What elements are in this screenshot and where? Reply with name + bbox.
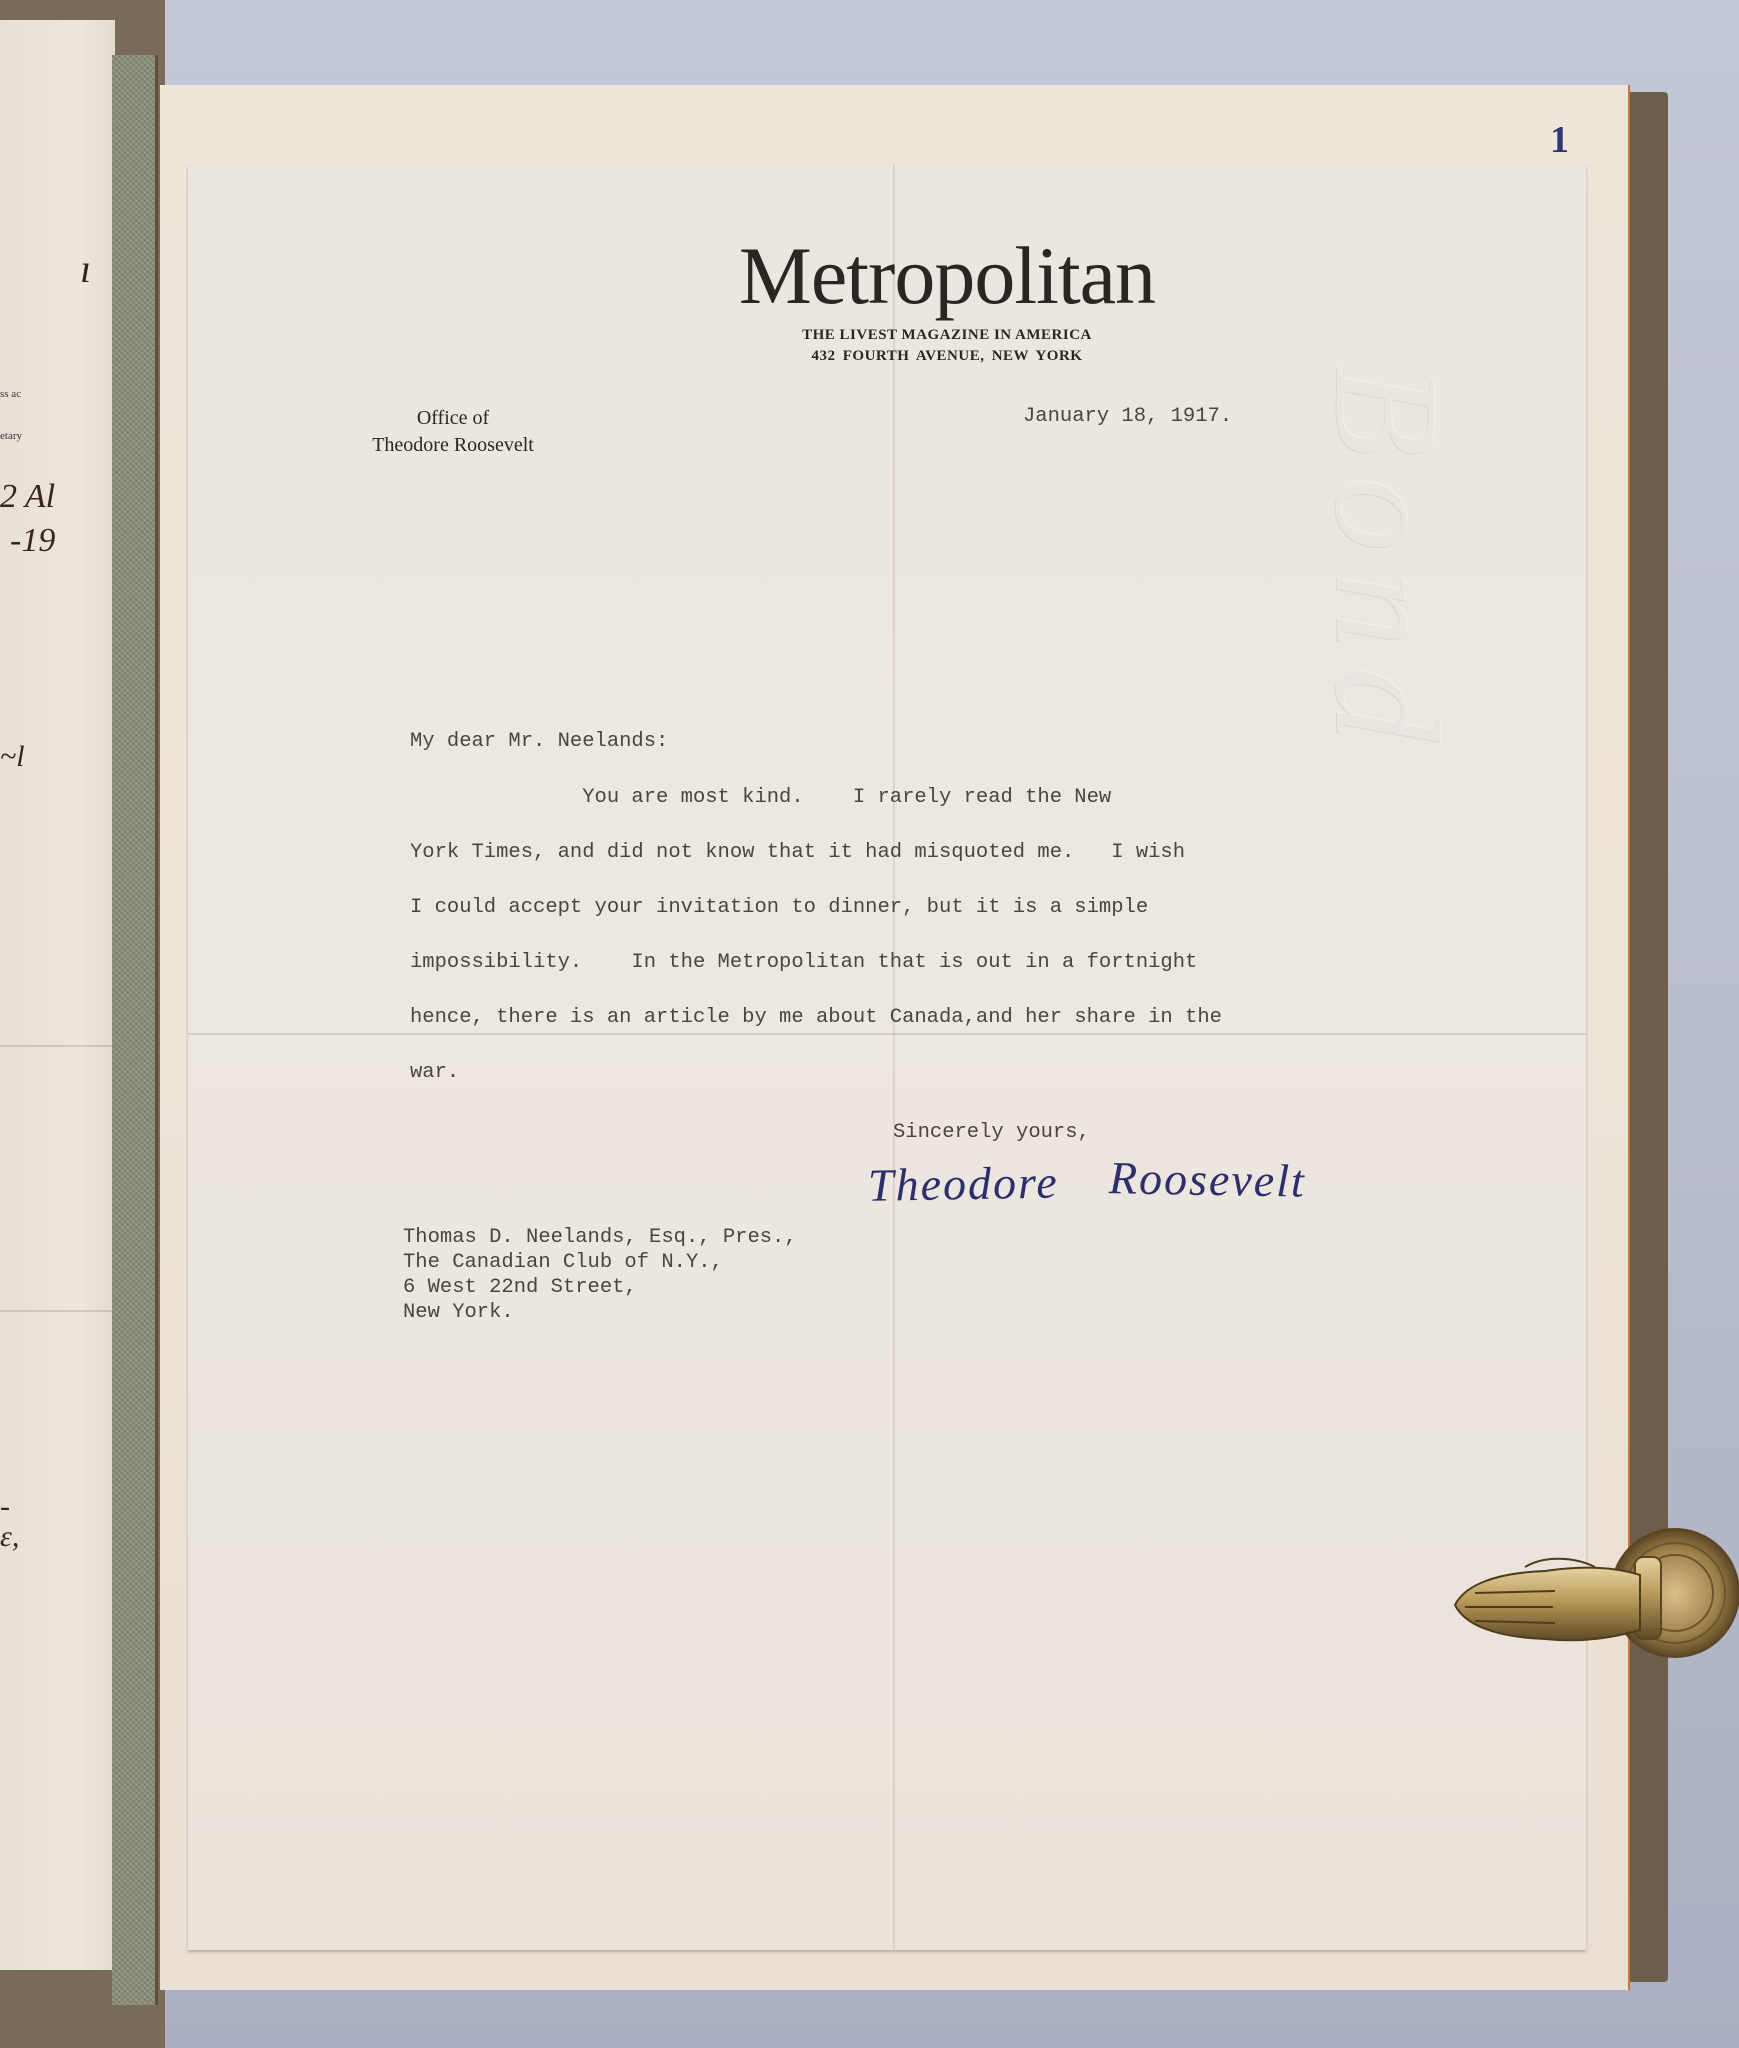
letterhead-address: 432 FOURTH AVENUE, NEW YORK — [308, 348, 1586, 365]
fold-crease — [893, 165, 895, 1950]
fold-line — [0, 1045, 115, 1047]
embossed-watermark: Bond — [1333, 365, 1473, 1925]
addressee-line: Thomas D. Neelands, Esq., Pres., — [403, 1225, 797, 1250]
letterhead: Metropolitan THE LIVEST MAGAZINE IN AMER… — [188, 235, 1586, 365]
office-line-2: Theodore Roosevelt — [333, 432, 573, 459]
ink-mark: ı — [80, 245, 91, 292]
left-page-text-fragment: etary — [0, 430, 22, 442]
letterhead-brand: Metropolitan — [739, 235, 1155, 317]
body-line: hence, there is an article by me about C… — [410, 1006, 1222, 1029]
fold-line — [0, 1310, 115, 1312]
body-line: impossibility. In the Metropolitan that … — [410, 951, 1197, 974]
left-page-handwriting: 2 Al — [0, 478, 55, 516]
addressee-line: The Canadian Club of N.Y., — [403, 1250, 723, 1275]
body-line: war. — [410, 1061, 459, 1084]
addressee-line: New York. — [403, 1300, 514, 1325]
body-line: York Times, and did not know that it had… — [410, 841, 1185, 864]
signature: TheodoreRoosevelt — [868, 1151, 1306, 1212]
signature-first-name: Theodore — [868, 1156, 1059, 1210]
closing: Sincerely yours, — [893, 1121, 1090, 1144]
left-page-handwriting: - — [0, 1490, 10, 1524]
brass-hand-clasp-icon[interactable] — [1435, 1505, 1739, 1680]
left-page-handwriting: ~l — [0, 740, 25, 774]
salutation: My dear Mr. Neelands: — [410, 730, 668, 753]
office-line-1: Office of — [333, 405, 573, 432]
letter-sheet: Bond Metropolitan THE LIVEST MAGAZINE IN… — [188, 165, 1586, 1950]
left-page-text-fragment: ss ac — [0, 388, 21, 400]
left-page-handwriting: -19 — [10, 522, 55, 560]
cloth-hinge — [112, 55, 158, 2005]
addressee-line: 6 West 22nd Street, — [403, 1275, 637, 1300]
left-page-handwriting: ɛ, — [0, 1520, 19, 1554]
signature-last-name: Roosevelt — [1108, 1151, 1306, 1207]
office-block: Office of Theodore Roosevelt — [333, 405, 573, 459]
previous-leaf: ı ss ac etary 2 Al -19 ~l - ɛ, — [0, 20, 115, 1970]
letterhead-tagline: THE LIVEST MAGAZINE IN AMERICA — [308, 327, 1586, 344]
body-line: I could accept your invitation to dinner… — [410, 896, 1148, 919]
page-number: 1 — [1550, 118, 1569, 162]
letter-date: January 18, 1917. — [1023, 405, 1232, 428]
body-line: You are most kind. I rarely read the New — [410, 786, 1111, 809]
